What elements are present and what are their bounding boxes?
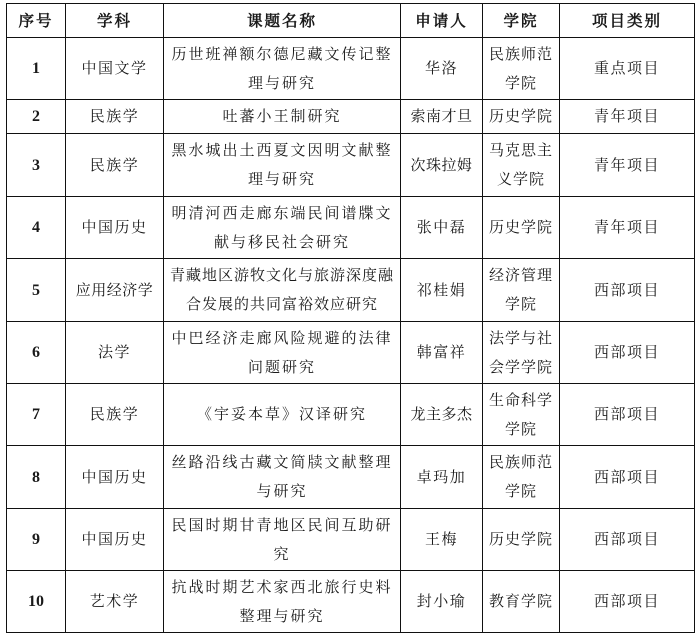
header-applicant: 申请人 [401, 4, 483, 38]
table-row: 5 应用经济学 青藏地区游牧文化与旅游深度融合发展的共同富裕效应研究 祁桂娟 经… [7, 259, 695, 322]
cell-category: 西部项目 [560, 571, 695, 633]
header-row: 序号 学科 课题名称 申请人 学院 项目类别 [7, 4, 695, 38]
cell-applicant: 索南才旦 [401, 100, 483, 134]
cell-topic: 中巴经济走廊风险规避的法律问题研究 [164, 322, 401, 384]
cell-category: 重点项目 [560, 38, 695, 100]
cell-subject: 民族学 [66, 384, 164, 446]
cell-college: 经济管理学院 [483, 259, 560, 322]
cell-category: 西部项目 [560, 446, 695, 509]
cell-topic: 丝路沿线古藏文简牍文献整理与研究 [164, 446, 401, 509]
cell-applicant: 华洛 [401, 38, 483, 100]
cell-subject: 中国文学 [66, 38, 164, 100]
cell-category: 青年项目 [560, 197, 695, 259]
cell-no: 4 [7, 197, 66, 259]
cell-college: 历史学院 [483, 197, 560, 259]
cell-topic: 青藏地区游牧文化与旅游深度融合发展的共同富裕效应研究 [164, 259, 401, 322]
cell-college: 民族师范学院 [483, 38, 560, 100]
cell-topic: 吐蕃小王制研究 [164, 100, 401, 134]
cell-category: 西部项目 [560, 322, 695, 384]
header-subject: 学科 [66, 4, 164, 38]
cell-topic: 明清河西走廊东端民间谱牒文献与移民社会研究 [164, 197, 401, 259]
table-row: 10 艺术学 抗战时期艺术家西北旅行史料整理与研究 封小瑜 教育学院 西部项目 [7, 571, 695, 633]
cell-category: 青年项目 [560, 100, 695, 134]
cell-applicant: 张中磊 [401, 197, 483, 259]
cell-college: 历史学院 [483, 100, 560, 134]
cell-topic: 抗战时期艺术家西北旅行史料整理与研究 [164, 571, 401, 633]
cell-college: 历史学院 [483, 509, 560, 571]
cell-applicant: 韩富祥 [401, 322, 483, 384]
cell-applicant: 王梅 [401, 509, 483, 571]
cell-college: 民族师范学院 [483, 446, 560, 509]
header-topic: 课题名称 [164, 4, 401, 38]
cell-college: 教育学院 [483, 571, 560, 633]
cell-no: 1 [7, 38, 66, 100]
cell-topic: 民国时期甘青地区民间互助研究 [164, 509, 401, 571]
cell-subject: 艺术学 [66, 571, 164, 633]
cell-category: 西部项目 [560, 259, 695, 322]
cell-topic: 历世班禅额尔德尼藏文传记整理与研究 [164, 38, 401, 100]
cell-college: 马克思主义学院 [483, 134, 560, 197]
cell-college: 法学与社会学学院 [483, 322, 560, 384]
table-row: 2 民族学 吐蕃小王制研究 索南才旦 历史学院 青年项目 [7, 100, 695, 134]
cell-applicant: 封小瑜 [401, 571, 483, 633]
cell-no: 8 [7, 446, 66, 509]
header-category: 项目类别 [560, 4, 695, 38]
cell-no: 7 [7, 384, 66, 446]
cell-no: 3 [7, 134, 66, 197]
table-row: 4 中国历史 明清河西走廊东端民间谱牒文献与移民社会研究 张中磊 历史学院 青年… [7, 197, 695, 259]
cell-applicant: 次珠拉姆 [401, 134, 483, 197]
cell-category: 西部项目 [560, 509, 695, 571]
header-no: 序号 [7, 4, 66, 38]
cell-subject: 民族学 [66, 134, 164, 197]
cell-no: 2 [7, 100, 66, 134]
table-row: 6 法学 中巴经济走廊风险规避的法律问题研究 韩富祥 法学与社会学学院 西部项目 [7, 322, 695, 384]
cell-no: 5 [7, 259, 66, 322]
table-row: 8 中国历史 丝路沿线古藏文简牍文献整理与研究 卓玛加 民族师范学院 西部项目 [7, 446, 695, 509]
cell-subject: 民族学 [66, 100, 164, 134]
cell-subject: 中国历史 [66, 509, 164, 571]
cell-subject: 中国历史 [66, 446, 164, 509]
cell-no: 10 [7, 571, 66, 633]
cell-category: 青年项目 [560, 134, 695, 197]
cell-no: 9 [7, 509, 66, 571]
cell-subject: 中国历史 [66, 197, 164, 259]
cell-topic: 《宇妥本草》汉译研究 [164, 384, 401, 446]
table-row: 9 中国历史 民国时期甘青地区民间互助研究 王梅 历史学院 西部项目 [7, 509, 695, 571]
header-college: 学院 [483, 4, 560, 38]
table-row: 7 民族学 《宇妥本草》汉译研究 龙主多杰 生命科学学院 西部项目 [7, 384, 695, 446]
table-row: 1 中国文学 历世班禅额尔德尼藏文传记整理与研究 华洛 民族师范学院 重点项目 [7, 38, 695, 100]
cell-subject: 应用经济学 [66, 259, 164, 322]
cell-no: 6 [7, 322, 66, 384]
table-row: 3 民族学 黑水城出土西夏文因明文献整理与研究 次珠拉姆 马克思主义学院 青年项… [7, 134, 695, 197]
cell-applicant: 龙主多杰 [401, 384, 483, 446]
cell-applicant: 祁桂娟 [401, 259, 483, 322]
cell-topic: 黑水城出土西夏文因明文献整理与研究 [164, 134, 401, 197]
cell-subject: 法学 [66, 322, 164, 384]
project-table: 序号 学科 课题名称 申请人 学院 项目类别 1 中国文学 历世班禅额尔德尼藏文… [6, 3, 695, 633]
cell-category: 西部项目 [560, 384, 695, 446]
cell-college: 生命科学学院 [483, 384, 560, 446]
cell-applicant: 卓玛加 [401, 446, 483, 509]
